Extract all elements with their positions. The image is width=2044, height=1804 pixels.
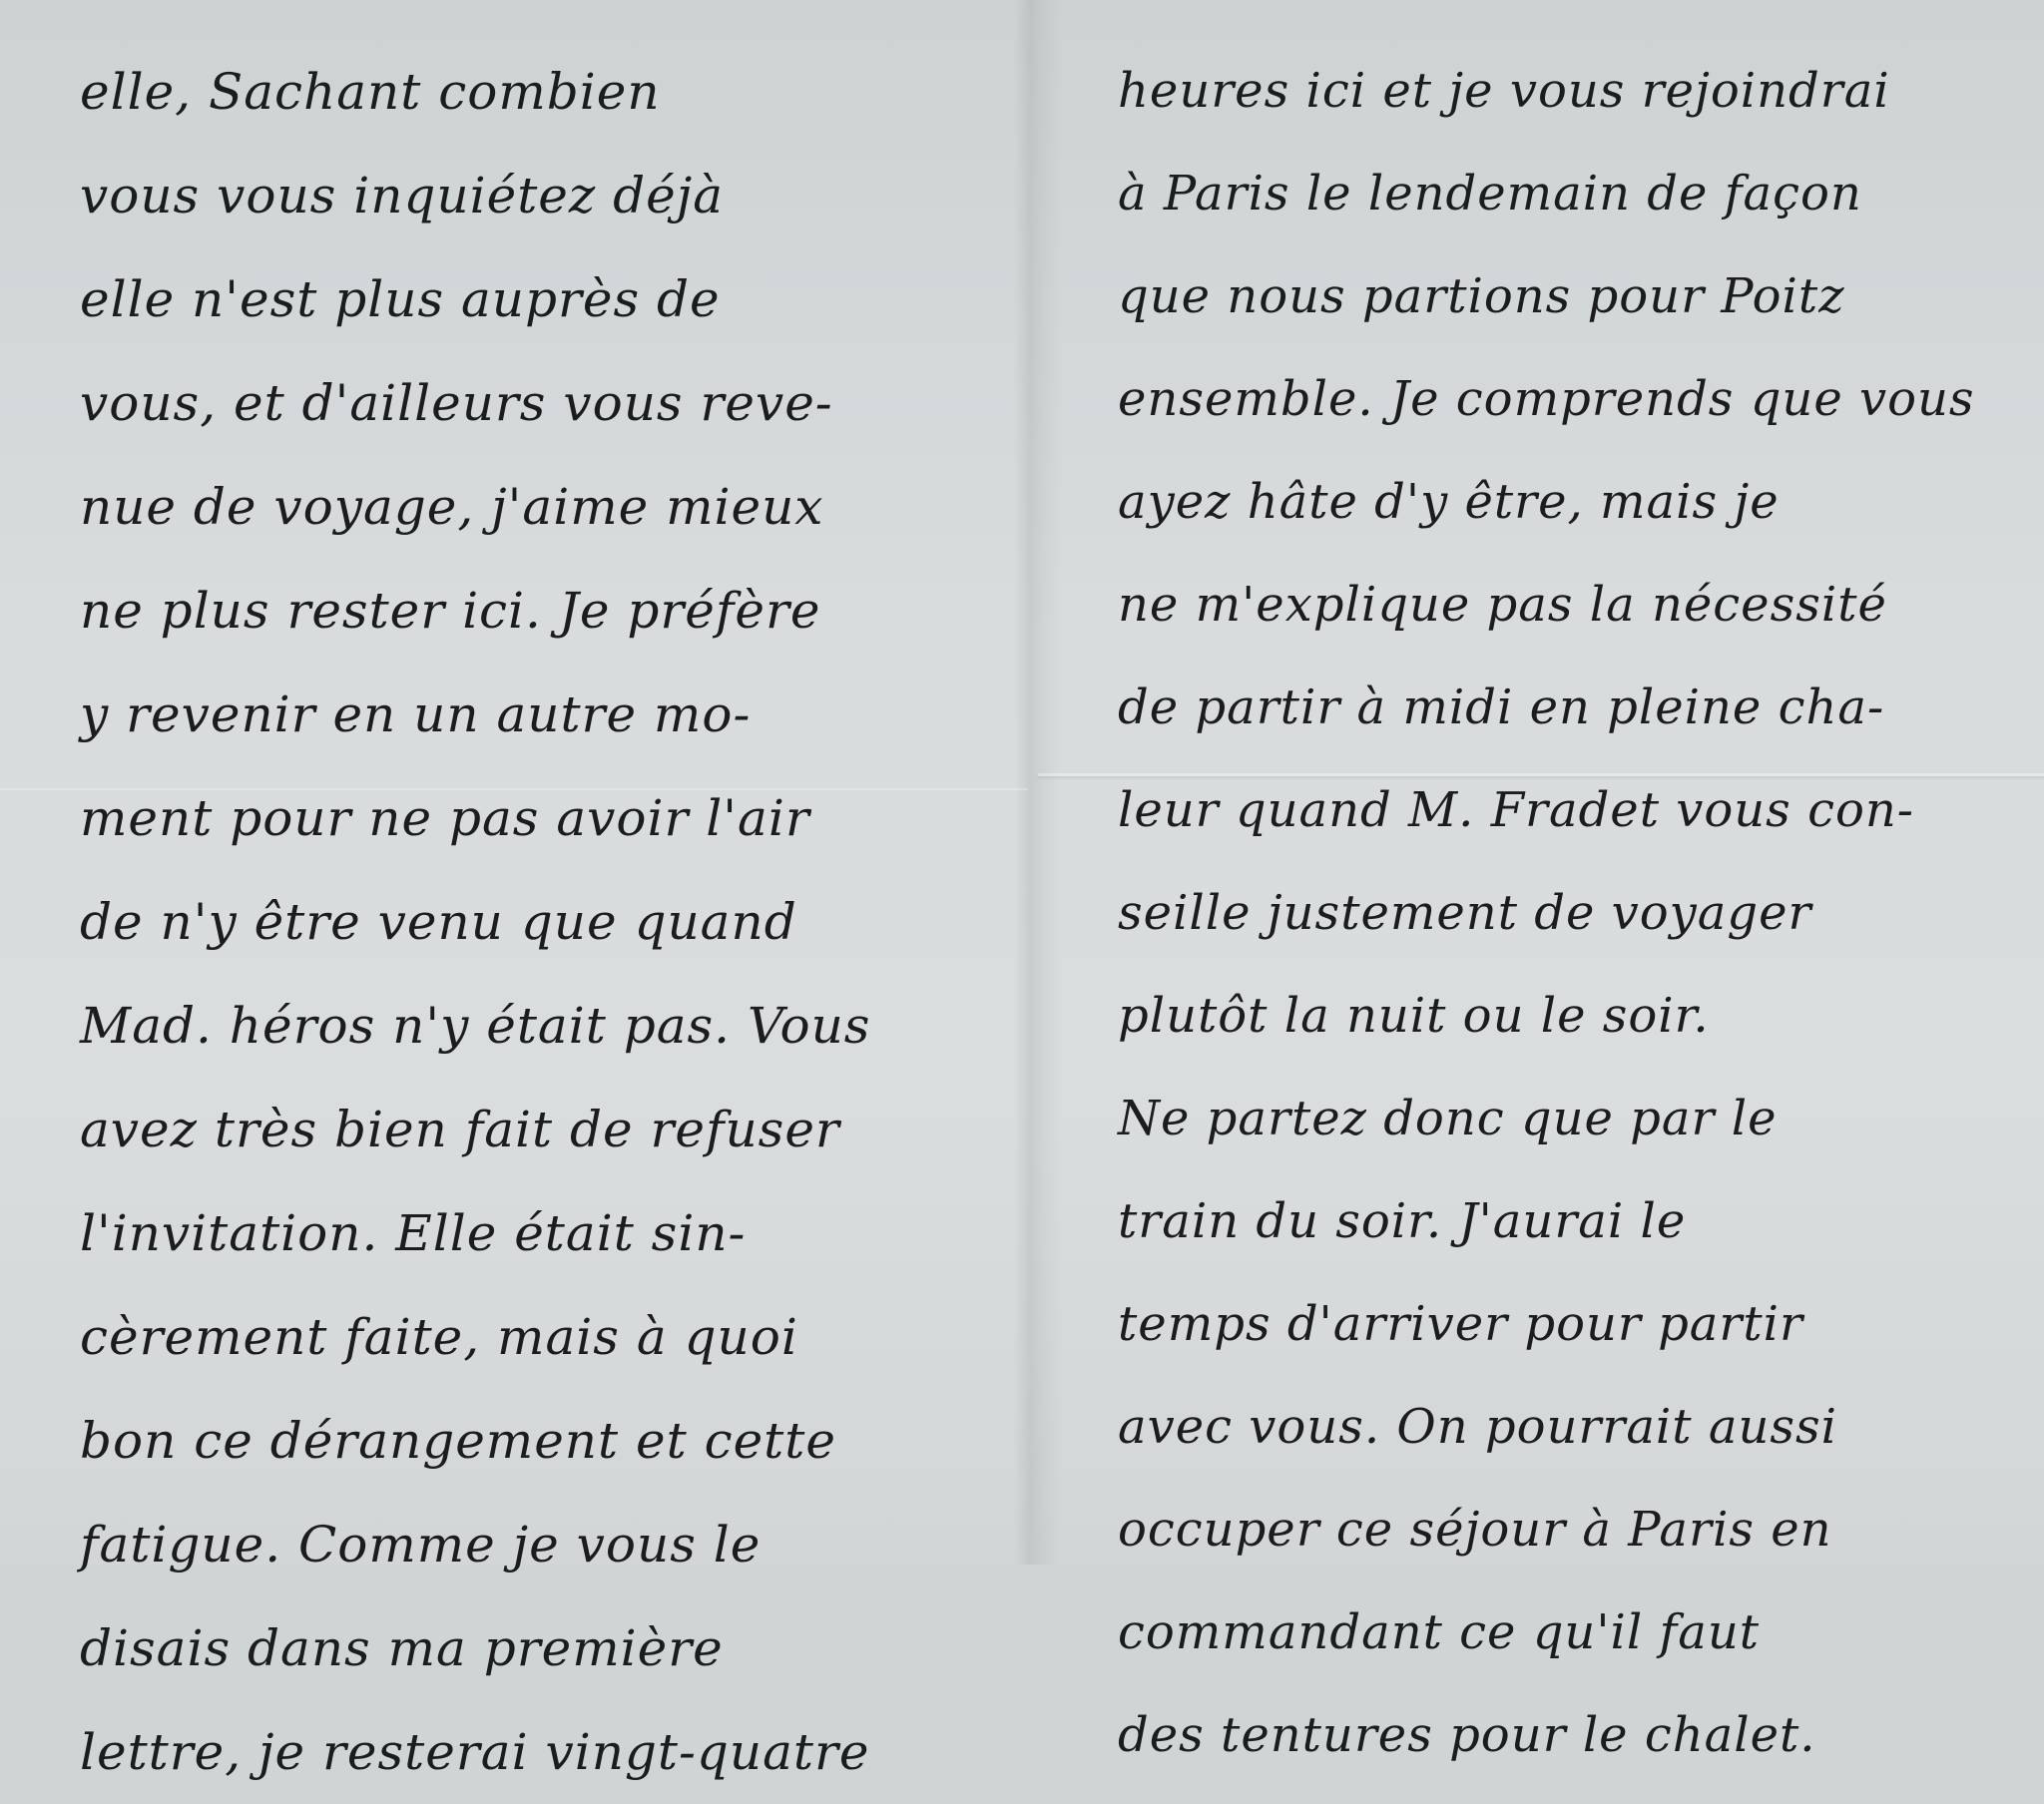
- handwritten-line: ment pour ne pas avoir l'air: [80, 766, 1018, 870]
- handwritten-line: de n'y être venu que quand: [80, 870, 1018, 974]
- handwritten-line: plutôt la nuit ou le soir.: [1118, 965, 2036, 1068]
- handwritten-line: temps d'arriver pour partir: [1118, 1273, 2036, 1376]
- handwritten-line: avez très bien fait de refuser: [80, 1078, 1018, 1181]
- handwritten-line: Mad. héros n'y était pas. Vous: [80, 974, 1018, 1078]
- handwritten-line: heures ici et je vous rejoindrai: [1118, 40, 2036, 143]
- handwritten-line: ayez hâte d'y être, mais je: [1118, 451, 2036, 554]
- handwritten-line: Ne partez donc que par le: [1118, 1068, 2036, 1170]
- handwritten-line: leur quand M. Fradet vous con-: [1118, 759, 2036, 862]
- handwritten-line: elle n'est plus auprès de: [80, 247, 1018, 351]
- handwritten-line: ne plus rester ici. Je préfère: [80, 559, 1018, 663]
- handwritten-line: ensemble. Je comprends que vous: [1118, 348, 2036, 451]
- handwritten-line: bon ce dérangement et cette: [80, 1389, 1018, 1493]
- handwritten-line: nue de voyage, j'aime mieux: [80, 455, 1018, 559]
- handwritten-line: que nous partions pour Poitz: [1118, 245, 2036, 348]
- handwritten-line: train du soir. J'aurai le: [1118, 1170, 2036, 1273]
- handwritten-line: seille justement de voyager: [1118, 862, 2036, 965]
- handwritten-line: vous vous inquiétez déjà: [80, 144, 1018, 247]
- handwritten-line: fatigue. Comme je vous le: [80, 1493, 1018, 1565]
- handwritten-line: y revenir en un autre mo-: [80, 663, 1018, 766]
- handwritten-line: occuper ce séjour à Paris en: [1118, 1479, 2036, 1565]
- handwritten-line: elle, Sachant combien: [80, 40, 1018, 144]
- letter-sheet: elle, Sachant combien vous vous inquiéte…: [0, 0, 2044, 1565]
- handwritten-line: avec vous. On pourrait aussi: [1118, 1376, 2036, 1479]
- handwritten-line: ne m'explique pas la nécessité: [1118, 554, 2036, 657]
- handwritten-line: vous, et d'ailleurs vous reve-: [80, 351, 1018, 455]
- handwritten-line: cèrement faite, mais à quoi: [80, 1285, 1018, 1389]
- handwritten-line: l'invitation. Elle était sin-: [80, 1181, 1018, 1285]
- left-page: elle, Sachant combien vous vous inquiéte…: [80, 40, 1018, 1565]
- right-page: heures ici et je vous rejoindrai à Paris…: [1118, 40, 2036, 1565]
- handwritten-line: à Paris le lendemain de façon: [1118, 143, 2036, 245]
- handwritten-line: de partir à midi en pleine cha-: [1118, 657, 2036, 759]
